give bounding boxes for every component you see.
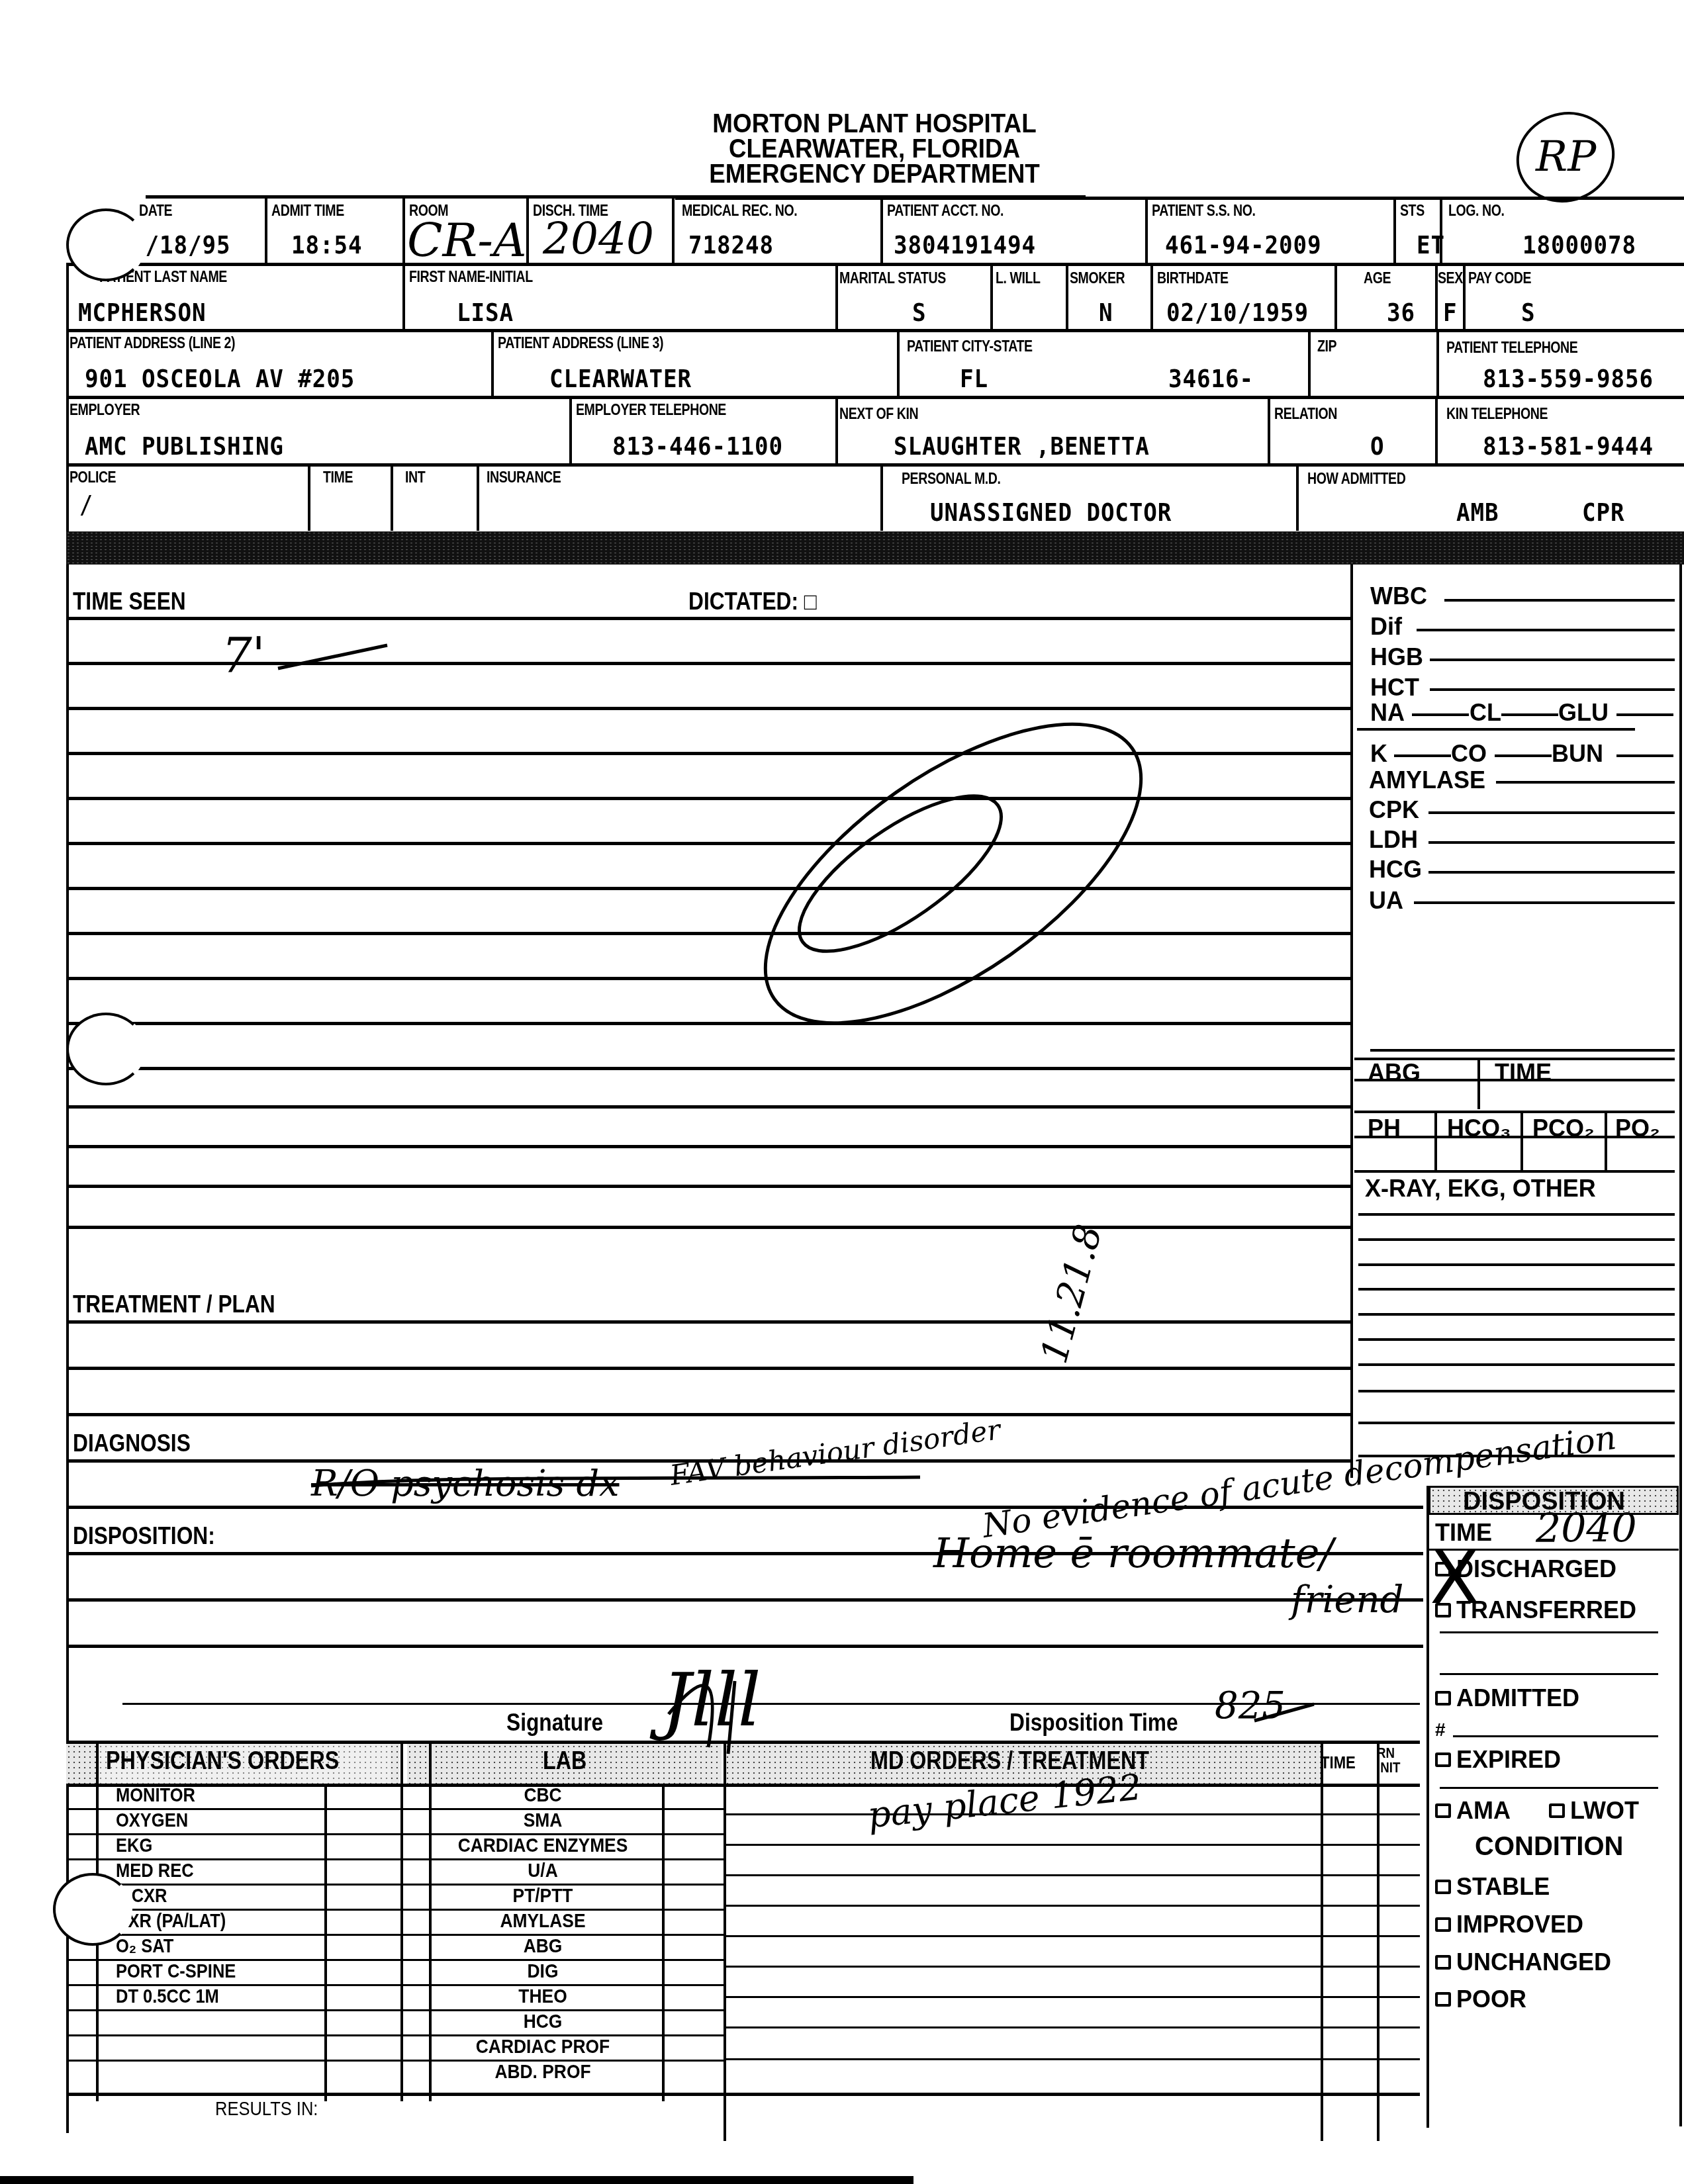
int-label: INT xyxy=(405,469,425,486)
log-value: 18000078 xyxy=(1522,230,1636,259)
diagnosis-label: DIAGNOSIS xyxy=(73,1430,191,1457)
physician-order-port-c-spine: PORT C-SPINE xyxy=(116,1960,236,1983)
improved-label: IMPROVED xyxy=(1456,1911,1583,1938)
physician-order-cxr-pa-lat: CXR (PA/LAT) xyxy=(116,1910,226,1933)
physician-order-oxygen: OXYGEN xyxy=(116,1809,188,1832)
medical-rec-label: MEDICAL REC. NO. xyxy=(682,202,797,220)
condition-title: CONDITION xyxy=(1475,1832,1623,1862)
personal-md-label: PERSONAL M.D. xyxy=(902,470,1000,488)
punch-hole-bottom xyxy=(53,1873,132,1946)
lab-order-amylase: AMYLASE xyxy=(444,1910,641,1933)
lab-cpk-label: CPK xyxy=(1369,796,1419,824)
police-time-label: TIME xyxy=(323,469,353,486)
lab-co-label: CO xyxy=(1451,740,1487,768)
addr2-label: PATIENT ADDRESS (LINE 2) xyxy=(70,334,235,352)
lab-order-abg: ABG xyxy=(444,1935,641,1958)
lab-k-label: K xyxy=(1370,740,1387,768)
discharged-label: DISCHARGED xyxy=(1456,1555,1616,1583)
lab-order-cardiac-prof: CARDIAC PROF xyxy=(444,2036,641,2058)
paycode-value: S xyxy=(1521,298,1536,327)
patient-phone-label: PATIENT TELEPHONE xyxy=(1446,339,1577,357)
lwot-option[interactable]: LWOT xyxy=(1549,1797,1639,1825)
abg-time-label: TIME xyxy=(1495,1059,1552,1087)
time-seen-handwritten: 7' xyxy=(222,627,265,683)
how-admitted-label: HOW ADMITTED xyxy=(1307,470,1405,488)
poor-label: POOR xyxy=(1456,1985,1526,2013)
treatment-plan-label: TREATMENT / PLAN xyxy=(73,1291,275,1318)
lab-order-ua: U/A xyxy=(444,1860,641,1882)
first-name-label: FIRST NAME-INITIAL xyxy=(409,268,533,286)
marital-label: MARITAL STATUS xyxy=(839,269,946,287)
how-admitted-cpr: CPR xyxy=(1582,498,1624,527)
signature-label: Signature xyxy=(506,1709,603,1737)
admit-time-value: 18:54 xyxy=(291,230,362,259)
treatment-handwritten: 11.21.8 xyxy=(1033,1220,1111,1368)
hospital-header: MORTON PLANT HOSPITAL CLEARWATER, FLORID… xyxy=(692,111,1057,187)
smoker-label: SMOKER xyxy=(1070,269,1125,287)
addr3-label: PATIENT ADDRESS (LINE 3) xyxy=(498,334,663,352)
diagnosis-handwritten-1: FAV behaviour disorder xyxy=(668,1413,1002,1492)
condition-improved[interactable]: IMPROVED xyxy=(1435,1911,1583,1938)
expired-checkbox[interactable] xyxy=(1435,1752,1451,1767)
how-admitted-amb: AMB xyxy=(1456,498,1499,527)
lab-order-cbc: CBC xyxy=(444,1784,641,1807)
relation-value: O xyxy=(1370,432,1385,461)
room-value: CR-A xyxy=(407,213,526,267)
ama-label: AMA xyxy=(1456,1797,1511,1825)
physician-order-monitor: MONITOR xyxy=(116,1784,195,1807)
smoker-value: N xyxy=(1099,298,1113,327)
police-label: POLICE xyxy=(70,469,116,486)
lab-order-abd-prof: ABD. PROF xyxy=(444,2061,641,2083)
last-name-value: MCPHERSON xyxy=(78,298,206,327)
lab-orders-title: LAB xyxy=(543,1747,586,1776)
admitted-checkbox[interactable] xyxy=(1435,1691,1451,1706)
lab-na-label: NA xyxy=(1370,699,1405,727)
lab-ldh-label: LDH xyxy=(1369,826,1418,854)
age-value: 36 xyxy=(1387,298,1415,327)
employer-value: AMC PUBLISHING xyxy=(85,432,284,461)
acct-value: 3804191494 xyxy=(894,230,1036,259)
stable-label: STABLE xyxy=(1456,1873,1550,1901)
disch-time-value: 2040 xyxy=(543,213,654,264)
ssn-label: PATIENT S.S. NO. xyxy=(1152,202,1255,220)
state-value: FL xyxy=(960,364,988,393)
unchanged-label: UNCHANGED xyxy=(1456,1948,1611,1976)
age-label: AGE xyxy=(1364,269,1391,287)
birthdate-value: 02/10/1959 xyxy=(1166,298,1309,327)
punch-hole-middle xyxy=(66,1013,146,1085)
sts-label: STS xyxy=(1400,202,1425,220)
first-name-value: LISA xyxy=(457,298,514,327)
disposition-time-handwritten: 825 xyxy=(1215,1684,1286,1727)
insurance-label: INSURANCE xyxy=(487,469,561,486)
lwot-checkbox[interactable] xyxy=(1549,1803,1565,1818)
time-seen-label: TIME SEEN xyxy=(73,588,186,615)
date-value: 7/18/95 xyxy=(131,230,230,259)
admitted-label: ADMITTED xyxy=(1456,1684,1579,1712)
employer-phone-value: 813-446-1100 xyxy=(612,432,783,461)
stamp-initials: RP xyxy=(1536,132,1596,181)
sex-value: F xyxy=(1443,298,1458,327)
lab-wbc-label: WBC xyxy=(1370,582,1427,610)
admit-time-label: ADMIT TIME xyxy=(271,202,344,220)
lab-ua-label: UA xyxy=(1369,887,1403,915)
paycode-label: PAY CODE xyxy=(1468,269,1531,287)
lab-bun-label: BUN xyxy=(1552,740,1603,768)
lab-glu-label: GLU xyxy=(1558,699,1609,727)
physician-order-med-rec: MED REC xyxy=(116,1860,194,1882)
spiral-doodle-outer xyxy=(718,667,1190,1080)
physician-orders-title: PHYSICIAN'S ORDERS xyxy=(106,1747,339,1776)
md-orders-time-header: TIME xyxy=(1321,1752,1356,1773)
medical-rec-value: 718248 xyxy=(688,230,774,259)
transferred-label: TRANSFERRED xyxy=(1456,1596,1636,1624)
birthdate-label: BIRTHDATE xyxy=(1157,269,1229,287)
kin-value: SLAUGHTER ,BENETTA xyxy=(894,432,1150,461)
physician-order-dt: DT 0.5CC 1M xyxy=(116,1985,219,2008)
log-label: LOG. NO. xyxy=(1448,202,1505,220)
ssn-value: 461-94-2009 xyxy=(1165,230,1321,259)
police-value: / xyxy=(79,490,94,519)
dictated-label: DICTATED: □ xyxy=(688,588,817,615)
acct-label: PATIENT ACCT. NO. xyxy=(887,202,1004,220)
diagnosis-handwritten-2: No evidence of acute decompensation xyxy=(980,1418,1618,1545)
hospital-location: CLEARWATER, FLORIDA xyxy=(692,136,1057,161)
admitted-number-row: # xyxy=(1435,1719,1446,1741)
addr3-value: CLEARWATER xyxy=(549,364,692,393)
physician-signature: Jlll xyxy=(662,1658,761,1743)
lab-hgb-label: HGB xyxy=(1370,643,1423,671)
disposition-label: DISPOSITION: xyxy=(73,1522,215,1550)
patient-phone-value: 813-559-9856 xyxy=(1483,364,1654,393)
department-name: EMERGENCY DEPARTMENT xyxy=(692,161,1057,187)
admitted-number-label: # xyxy=(1435,1719,1446,1741)
physician-order-ekg: EKG xyxy=(116,1835,152,1857)
condition-unchanged[interactable]: UNCHANGED xyxy=(1435,1948,1611,1976)
ama-checkbox[interactable] xyxy=(1435,1803,1451,1818)
city-state-label: PATIENT CITY-STATE xyxy=(907,338,1033,355)
zip-code-value: 34616- xyxy=(1168,364,1254,393)
condition-poor[interactable]: POOR xyxy=(1435,1985,1526,2013)
transferred-option[interactable]: TRANSFERRED xyxy=(1435,1596,1636,1624)
lwill-label: L. WILL xyxy=(996,269,1041,287)
abg-label: ABG xyxy=(1368,1059,1421,1087)
relation-label: RELATION xyxy=(1274,405,1337,423)
xray-ekg-other-label: X-RAY, EKG, OTHER xyxy=(1365,1175,1596,1203)
lab-dif-label: Dif xyxy=(1370,613,1402,641)
sex-label: SEX xyxy=(1438,269,1463,287)
employer-label: EMPLOYER xyxy=(70,401,140,419)
personal-md-value: UNASSIGNED DOCTOR xyxy=(930,498,1172,527)
ama-option[interactable]: AMA xyxy=(1435,1797,1511,1825)
results-in-label: RESULTS IN: xyxy=(215,2098,318,2120)
lab-amylase-label: AMYLASE xyxy=(1369,766,1485,794)
kin-phone-label: KIN TELEPHONE xyxy=(1446,405,1548,423)
lab-order-sma: SMA xyxy=(444,1809,641,1832)
date-label: DATE xyxy=(139,202,172,220)
lwot-label: LWOT xyxy=(1570,1797,1639,1825)
admitted-option[interactable]: ADMITTED xyxy=(1435,1684,1579,1712)
lab-order-cardiac-enzymes: CARDIAC ENZYMES xyxy=(444,1835,641,1857)
lab-order-theo: THEO xyxy=(444,1985,641,2008)
improved-checkbox[interactable] xyxy=(1435,1917,1451,1932)
hospital-name: MORTON PLANT HOSPITAL xyxy=(692,111,1057,136)
expired-label: EXPIRED xyxy=(1456,1746,1561,1774)
condition-stable[interactable]: STABLE xyxy=(1435,1873,1550,1901)
employer-phone-label: EMPLOYER TELEPHONE xyxy=(576,401,726,419)
physician-order-o2-sat: O₂ SAT xyxy=(116,1935,173,1958)
handwriting-overlay xyxy=(0,0,1684,2184)
section-divider-banner xyxy=(66,531,1684,565)
lab-order-dig: DIG xyxy=(444,1960,641,1983)
lab-order-hcg: HCG xyxy=(444,2011,641,2033)
punch-hole-top xyxy=(66,208,146,281)
diagnosis-struck-text: R/O psychosis dx xyxy=(311,1463,620,1504)
marital-value: S xyxy=(912,298,927,327)
kin-phone-value: 813-581-9444 xyxy=(1483,432,1654,461)
disposition-time-label: Disposition Time xyxy=(1009,1709,1178,1737)
poor-checkbox[interactable] xyxy=(1435,1992,1451,2007)
kin-label: NEXT OF KIN xyxy=(839,405,918,423)
lab-order-pt-ptt: PT/PTT xyxy=(444,1885,641,1907)
lab-hcg-label: HCG xyxy=(1369,856,1422,884)
disposition-time-handwritten: 2040 xyxy=(1536,1506,1637,1552)
lab-cl-label: CL xyxy=(1470,699,1501,727)
zip-label: ZIP xyxy=(1317,338,1336,355)
stable-checkbox[interactable] xyxy=(1435,1880,1451,1894)
page-bottom-bar xyxy=(0,2176,913,2184)
md-orders-rn-header: RN INIT xyxy=(1377,1746,1399,1775)
lab-hct-label: HCT xyxy=(1370,674,1419,702)
addr2-value: 901 OSCEOLA AV #205 xyxy=(85,364,355,393)
unchanged-checkbox[interactable] xyxy=(1435,1955,1451,1970)
transferred-checkbox[interactable] xyxy=(1435,1603,1451,1617)
expired-option[interactable]: EXPIRED xyxy=(1435,1746,1561,1774)
